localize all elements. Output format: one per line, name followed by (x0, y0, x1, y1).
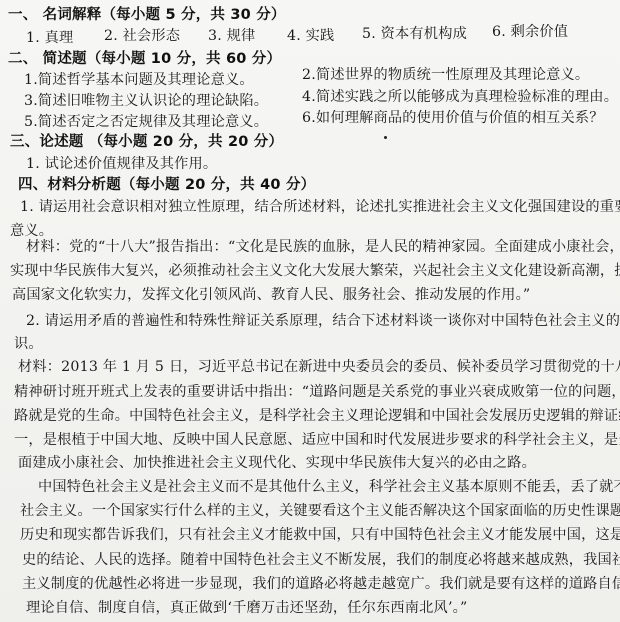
material-2-line-2: 精神研讨班开班式上发表的重要讲话中指出：“道路问题是关系党的事业兴衰成败第一位的… (14, 383, 620, 401)
material-2-line-1: 材料：2013 年 1 月 5 日，习近平总书记在新进中央委员会的委员、候补委员… (18, 358, 620, 376)
section-1-heading: 一、 名词解释（每小题 5 分，共 30 分） (8, 6, 286, 24)
short-question-1: 1.简述哲学基本问题及其理论意义。 (24, 71, 254, 89)
short-question-2: 2.简述世界的物质统一性原理及其理论意义。 (302, 66, 589, 84)
section-2-heading: 二、 简述题（每小题 10 分，共 60 分） (8, 50, 281, 68)
material-2-line-11: 理论自信、制度自信，真正做到‘千磨万击还坚劲，任尔东西南北风’。” (26, 599, 467, 617)
material-1-line-1: 材料：党的“十八大”报告指出：“文化是民族的血脉，是人民的精神家园。全面建成小康… (26, 238, 620, 256)
material-1-line-3: 高国家文化软实力，发挥文化引领风尚、教育人民、服务社会、推动发展的作用。” (12, 286, 530, 304)
essay-question-1: 1. 试论述价值规律及其作用。 (26, 155, 217, 173)
material-2-line-10: 主义制度的优越性必将进一步显现，我们的道路必将越走越宽广。我们就是要有这样的道路… (22, 575, 620, 593)
section-4-heading: 四、材料分析题（每小题 20 分，共 40 分） (18, 176, 315, 194)
material-2-line-5: 面建成小康社会、加快推进社会主义现代化、实现中华民族伟大复兴的必由之路。 (18, 454, 536, 472)
term-5: 5. 资本有机构成 (362, 25, 467, 43)
term-4: 4. 实践 (287, 27, 334, 45)
material-2-line-8: 历史和现实都告诉我们，只有社会主义才能救中国，只有中国特色社会主义才能发展中国，… (20, 526, 620, 544)
short-question-5: 5.简述否定之否定规律及其理论意义。 (24, 113, 268, 131)
material-1-line-2: 实现中华民族伟大复兴，必须推动社会主义文化大发展大繁荣，兴起社会主义文化建设新高… (10, 262, 620, 280)
material-2-line-6: 中国特色社会主义是社会主义而不是其他什么主义，科学社会主义基本原则不能丢，丢了就… (38, 478, 620, 496)
term-6: 6. 剩余价值 (492, 23, 568, 41)
term-2: 2. 社会形态 (104, 27, 180, 45)
material-question-1-line-1: 1. 请运用社会意识相对独立性原理，结合所述材料，论述扎实推进社会主义文化强国建… (20, 198, 620, 216)
material-question-2-line-1: 2. 请运用矛盾的普遍性和特殊性辩证关系原理，结合下述材料谈一谈你对中国特色社会… (26, 312, 620, 330)
material-2-line-9: 史的结论、人民的选择。随着中国特色社会主义不断发展，我们的制度必将越来越成熟，我… (22, 551, 620, 569)
short-question-6: 6.如何理解商品的使用价值与价值的相互关系？ (302, 109, 604, 127)
material-2-line-4: 一，是根植于中国大地、反映中国人民意愿、适应中国和时代发展进步要求的科学社会主义… (14, 431, 620, 449)
section-3-heading: 三、论述题 （每小题 20 分，共 20 分） (10, 133, 283, 151)
material-question-2-line-2: 识。 (14, 335, 43, 353)
material-2-line-3: 路就是党的生命。中国特色社会主义，是科学社会主义理论逻辑和中国社会发展历史逻辑的… (14, 407, 620, 425)
term-3: 3. 规律 (208, 27, 255, 45)
material-2-line-7: 社会主义。一个国家实行什么样的主义，关键要看这个主义能否解决这个国家面临的历史性… (20, 502, 620, 520)
stray-mark (384, 136, 387, 139)
short-question-3: 3.简述旧唯物主义认识论的理论缺陷。 (24, 92, 268, 110)
exam-page: 一、 名词解释（每小题 5 分，共 30 分） 1. 真理 2. 社会形态 3.… (0, 0, 620, 622)
term-1: 1. 真理 (26, 29, 73, 47)
short-question-4: 4.简述实践之所以能够成为真理检验标准的理由。 (302, 88, 618, 106)
